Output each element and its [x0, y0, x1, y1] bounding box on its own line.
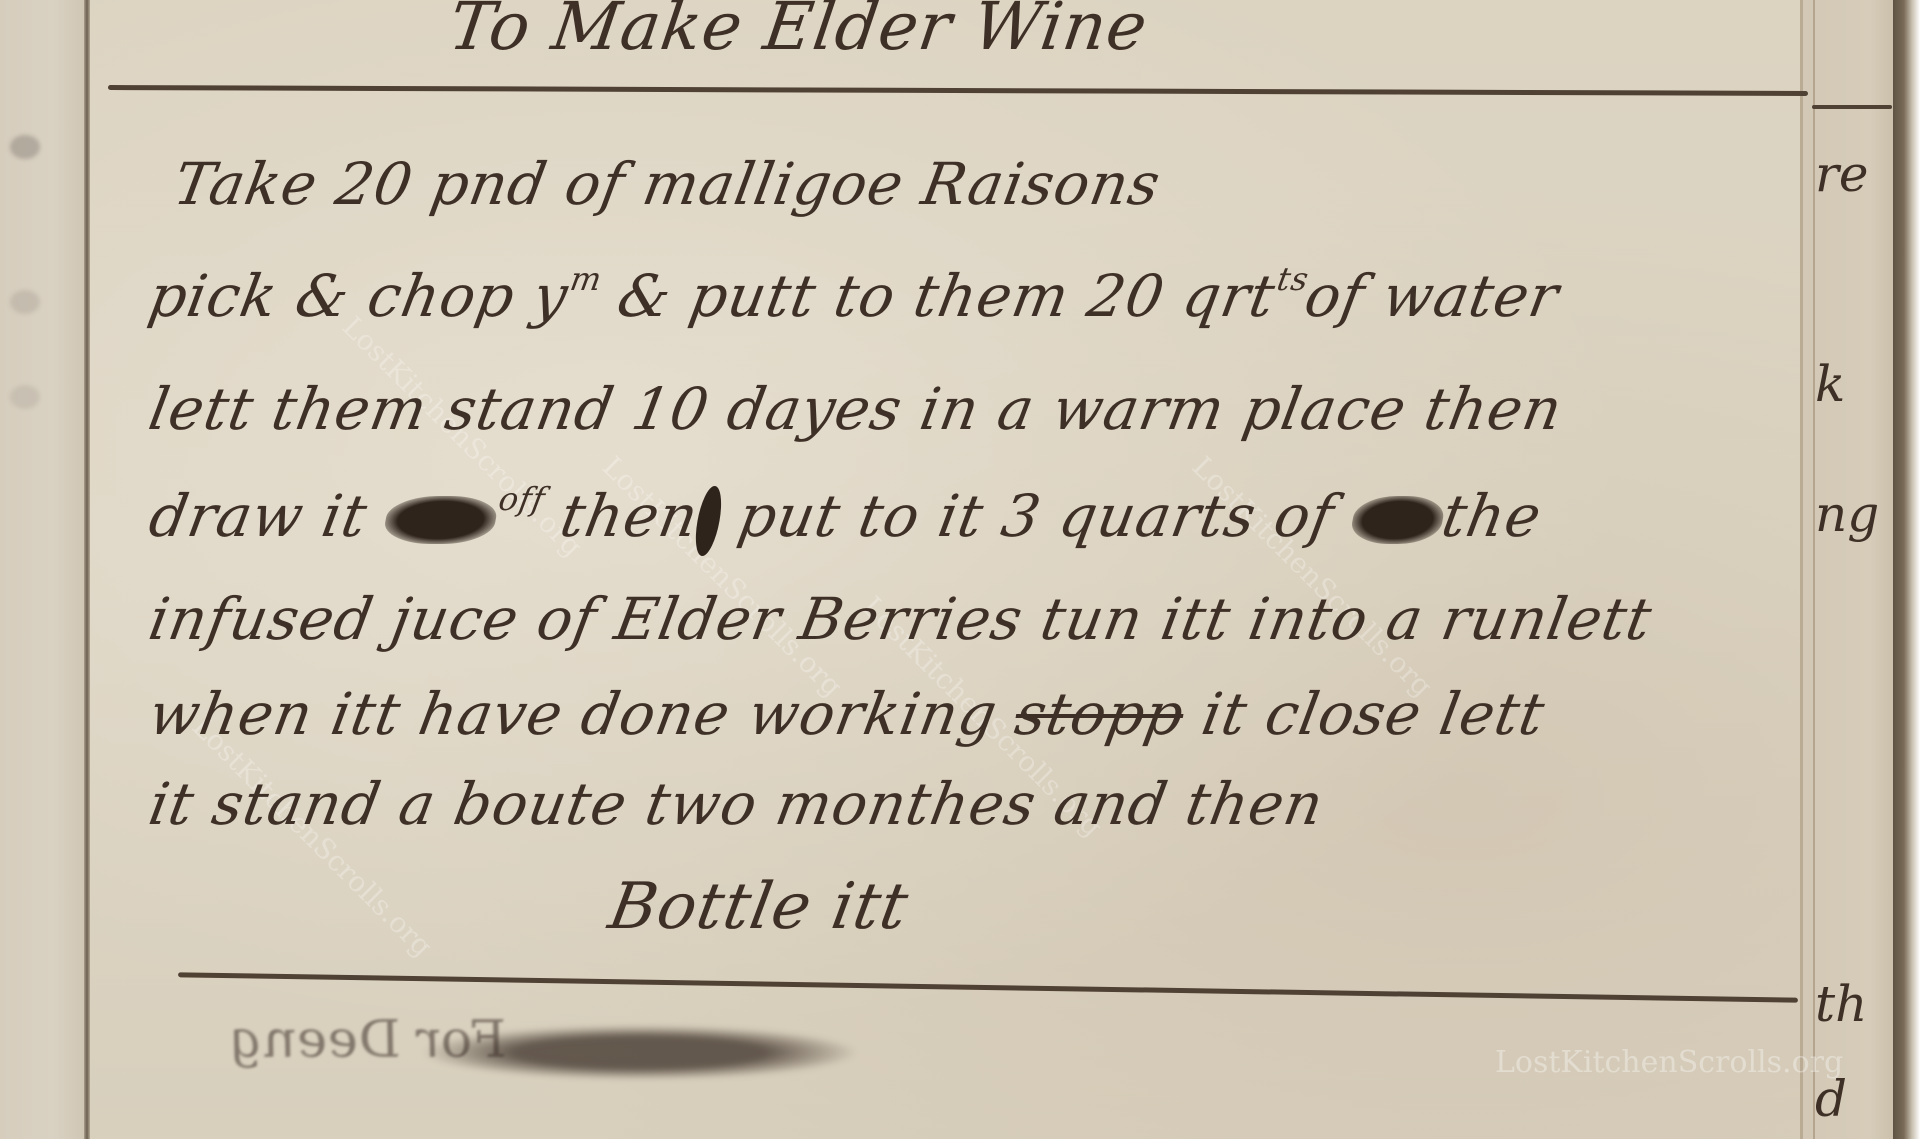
superscript-correction: off: [496, 480, 549, 518]
line-text: of water: [1300, 262, 1564, 330]
watermark-corner: LostKitchenScrolls.org: [1495, 1045, 1843, 1080]
line-text: infused juce of Elder Berries tun itt in…: [144, 585, 1657, 653]
line-text: Take 20 pnd of malligoe Raisons: [169, 150, 1166, 218]
margin-rule-top: [1812, 105, 1892, 109]
ink-blot-correction: [1348, 496, 1446, 544]
line-text: draw it: [144, 482, 372, 550]
line-text: when itt have done working: [144, 680, 1003, 748]
recipe-line-6: when itt have done working stopp it clos…: [144, 680, 1550, 748]
margin-fragment: k: [1815, 355, 1845, 413]
recipe-line-5: infused juce of Elder Berries tun itt in…: [144, 585, 1657, 653]
recipe-line-3: lett them stand 10 dayes in a warm place…: [144, 375, 1568, 443]
recipe-line-4: draw it off then put to it 3 quarts of t…: [143, 480, 1547, 556]
recipe-line-7: it stand a boute two monthes and then: [144, 770, 1329, 838]
left-page-edge: [0, 0, 88, 1139]
line-text: it stand a boute two monthes and then: [144, 770, 1329, 838]
line-text: the: [1437, 482, 1547, 550]
margin-fragment: re: [1815, 145, 1869, 203]
line-text: put to it 3 quarts of: [733, 482, 1339, 550]
recipe-line-1: Take 20 pnd of malligoe Raisons: [169, 150, 1166, 218]
bleed-through-text: For Deeng: [225, 1010, 512, 1070]
torn-page-edge: [1893, 0, 1920, 1139]
ink-ghost: [10, 290, 40, 314]
line-text: & putt to them 20 qrt: [613, 262, 1281, 330]
ink-ghost: [10, 135, 40, 159]
margin-fragment: th: [1815, 975, 1867, 1033]
ink-blot-correction: [381, 496, 499, 544]
margin-fragment: d: [1815, 1070, 1847, 1128]
recipe-title: To Make Elder Wine: [445, 0, 1153, 65]
struck-word: stopp: [1010, 680, 1189, 748]
closing-instruction: Bottle itt: [603, 870, 914, 944]
ink-ghost: [10, 385, 40, 409]
line-text: it close lett: [1197, 680, 1550, 748]
superscript: m: [567, 260, 605, 298]
margin-fragment: ng: [1815, 485, 1879, 543]
recipe-line-2: pick & chop ym & putt to them 20 qrttsof…: [144, 260, 1565, 330]
line-text: then: [556, 482, 704, 550]
line-text: lett them stand 10 dayes in a warm place…: [144, 375, 1568, 443]
line-text: pick & chop y: [144, 262, 574, 330]
